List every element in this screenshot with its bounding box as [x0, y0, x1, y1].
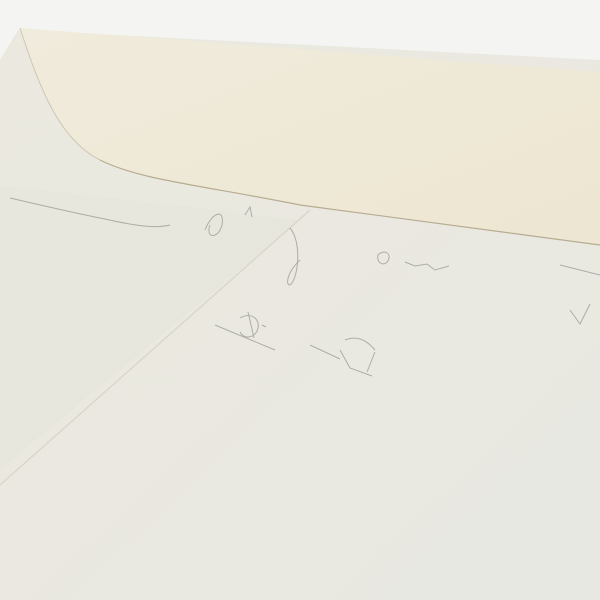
envelope-photo	[0, 0, 600, 600]
envelope-illustration	[0, 0, 600, 600]
